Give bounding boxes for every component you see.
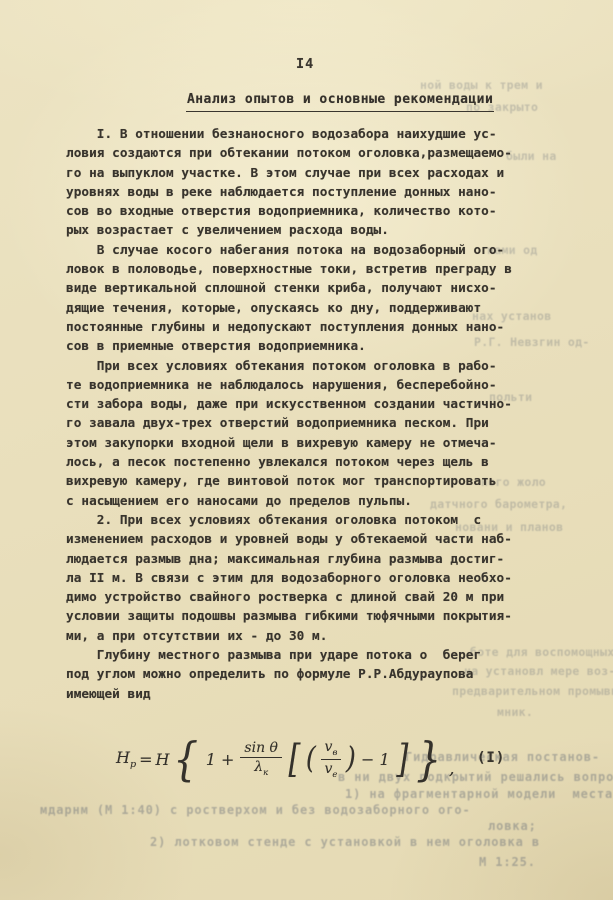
right-bracket: ] — [396, 740, 408, 778]
bleedthrough-line: М 1:25. — [479, 856, 536, 868]
left-bracket: [ — [288, 740, 300, 778]
paragraph-2: В случае косого набегания потока на водо… — [66, 240, 546, 356]
paragraph-1: I. В отношении безнаносного водозабора н… — [66, 124, 546, 240]
section-heading: Анализ опытов и основные рекомендации — [186, 92, 494, 112]
one-plus-term: 1 + — [206, 750, 235, 769]
right-brace: } — [416, 736, 441, 782]
formula-coefficient: H — [156, 750, 170, 769]
paragraph-4: 2. При всех условиях обтекания оголовка … — [66, 510, 546, 645]
minus-one-term: − 1 — [361, 750, 390, 769]
paragraph-5: Глубину местного размыва при ударе поток… — [66, 645, 546, 703]
right-paren: ) — [346, 744, 356, 774]
bleedthrough-line: ловка; — [488, 820, 537, 832]
bleedthrough-line: мдарнм (М 1:40) с ростверхом и без водоз… — [40, 804, 471, 816]
document-body: I. В отношении безнаносного водозабора н… — [66, 124, 546, 703]
left-paren: ( — [306, 744, 316, 774]
left-brace: { — [174, 736, 199, 782]
equals-sign: = — [139, 750, 152, 769]
formula-lhs: Hр — [116, 748, 136, 770]
velocity-ratio-fraction: vв vе — [321, 739, 342, 779]
formula-comma: , — [449, 758, 455, 779]
scour-depth-formula: Hр = H { 1 + sin θ λк [ ( vв vе ) − 1 ] … — [116, 733, 455, 785]
sin-theta-over-lambda-fraction: sin θ λк — [240, 740, 282, 778]
bleedthrough-line: ной воды к трем и — [420, 80, 543, 92]
bleedthrough-line: 1) на фрагментарной модели места групп — [345, 788, 613, 800]
formula-number: (I) — [477, 751, 505, 765]
document-page: ной воды к трем и по закрыто были на нам… — [0, 0, 613, 900]
bleedthrough-line: 2) лотковом стенде с установкой в нем ог… — [150, 836, 540, 848]
paragraph-3: При всех условиях обтекания потоком огол… — [66, 356, 546, 510]
bleedthrough-line: мник. — [497, 707, 533, 719]
page-number: I4 — [296, 58, 314, 72]
